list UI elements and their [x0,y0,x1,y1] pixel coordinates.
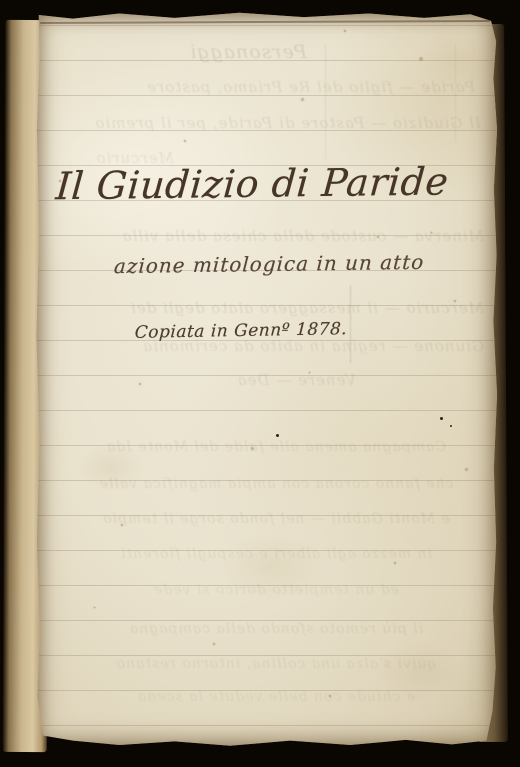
foxing-spot [393,561,397,565]
bleedthrough-line: e Monti Gabbii — nel fondo sorge il temp… [76,511,476,527]
foxing-spot [300,97,305,102]
foxing-spot [348,261,351,264]
foxing-spot [464,467,469,472]
paper-stain [416,30,496,90]
foxing-spot [58,179,62,183]
ink-speck [440,417,443,420]
foxing-spot [250,446,255,451]
bleedthrough-line: Minerva — custode della chiesa della vil… [54,227,484,245]
bleedthrough-line: Personaggi [128,41,368,63]
paper-stain [216,532,326,602]
bleedthrough-line: il più remoto sfondo della campagna [76,621,476,637]
manuscript-page: Personaggi Paride — figlio del Re Priamo… [36,12,498,748]
foxing-spot [430,231,433,234]
foxing-spot [376,235,380,239]
foxing-spot [183,139,187,143]
ink-speck [276,434,279,437]
bleedthrough-line: Paride — figlio del Re Priamo, pastore [51,78,475,96]
paper-stain [376,642,466,702]
foxing-spot [138,382,142,386]
bleedthrough-rule [325,44,326,159]
manuscript-title: Il Giudizio di Paride [54,160,423,209]
foxing-spot [343,29,347,33]
foxing-spot [212,642,216,646]
manuscript-date-note: Copiata in Gennº 1878. [127,319,354,343]
manuscript-subtitle: azione mitologica in un atto [113,250,420,278]
foxing-spot [120,523,124,527]
bleedthrough-line: Il Giudizio — Pastore di Paride, per il … [51,114,481,132]
foxing-spot [453,299,457,303]
foxing-spot [93,606,96,609]
bleedthrough-line: Mercurio — il messaggero alato degli dei [54,299,484,317]
foxing-spot [308,371,311,374]
foxing-spot [328,694,332,698]
bleedthrough-line: Venere — Dea [56,371,356,389]
paper-stain [76,442,146,492]
ink-speck [450,425,452,427]
top-crease-line [40,20,490,24]
